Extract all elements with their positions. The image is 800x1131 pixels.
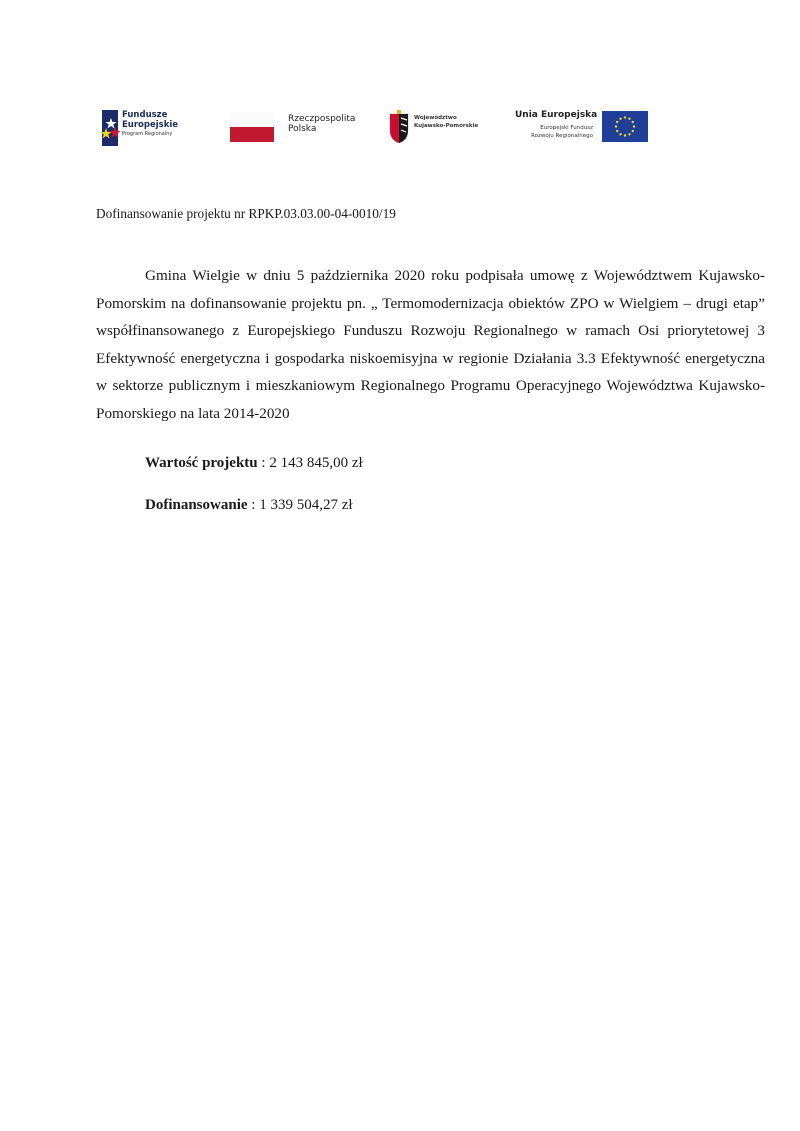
project-value-line: Wartość projektu : 2 143 845,00 zł bbox=[145, 455, 363, 472]
fundusze-subtitle: Program Regionalny bbox=[122, 131, 172, 137]
project-value-amount: 2 143 845,00 zł bbox=[269, 455, 362, 471]
polish-flag-icon bbox=[230, 112, 274, 142]
rzeczpospolita-text: RzeczpospolitaPolska bbox=[288, 114, 355, 134]
logo-strip: FunduszeEuropejskie Program Regionalny R… bbox=[100, 108, 660, 148]
logo-fundusze-europejskie: FunduszeEuropejskie Program Regionalny bbox=[100, 108, 210, 148]
unia-title: Unia Europejska bbox=[515, 110, 597, 120]
funding-amount: 1 339 504,27 zł bbox=[259, 497, 352, 513]
logo-unia-europejska: Unia Europejska Europejski FunduszRozwoj… bbox=[515, 108, 665, 148]
funding-label: Dofinansowanie bbox=[145, 497, 248, 513]
fundusze-title: FunduszeEuropejskie bbox=[122, 110, 178, 130]
coat-of-arms-icon bbox=[388, 110, 410, 144]
announcement-paragraph: Gmina Wielgie w dniu 5 października 2020… bbox=[96, 262, 765, 427]
project-reference: Dofinansowanie projektu nr RPKP.03.03.00… bbox=[96, 206, 396, 222]
wojewodztwo-text: WojewództwoKujawsko-Pomorskie bbox=[414, 114, 478, 130]
fundusze-europejskie-stars-icon bbox=[100, 108, 122, 148]
logo-wojewodztwo: WojewództwoKujawsko-Pomorskie bbox=[388, 108, 498, 148]
unia-subtitle: Europejski FunduszRozwoju Regionalnego bbox=[519, 124, 593, 140]
project-value-label: Wartość projektu bbox=[145, 455, 258, 471]
logo-rzeczpospolita-polska: RzeczpospolitaPolska bbox=[230, 108, 370, 148]
eu-flag-icon bbox=[602, 111, 648, 142]
funding-line: Dofinansowanie : 1 339 504,27 zł bbox=[145, 497, 353, 514]
